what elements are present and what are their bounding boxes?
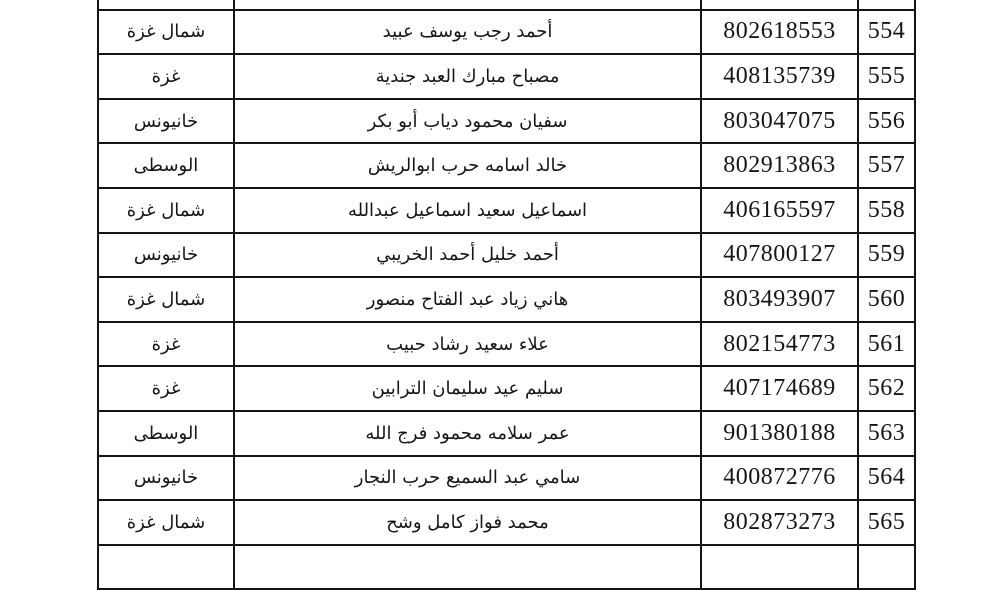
id-cell: 802618553 <box>701 10 858 55</box>
index-cell: 557 <box>858 143 915 188</box>
table-row: 565 802873273 محمد فواز كامل وشح شمال غز… <box>98 500 915 545</box>
index-cell-empty <box>858 0 915 10</box>
table-row: 558 406165597 اسماعيل سعيد اسماعيل عبدال… <box>98 188 915 233</box>
region-cell: شمال غزة <box>98 10 234 55</box>
index-cell: 565 <box>858 500 915 545</box>
id-cell: 407800127 <box>701 233 858 278</box>
index-cell: 556 <box>858 99 915 144</box>
name-cell: هاني زياد عبد الفتاح منصور <box>234 277 701 322</box>
id-cell: 901380188 <box>701 411 858 456</box>
region-cell-empty <box>98 545 234 550</box>
table-row: 555 408135739 مصباح مبارك العبد جندية غز… <box>98 54 915 99</box>
id-cell: 406165597 <box>701 188 858 233</box>
name-cell: سامي عبد السميع حرب النجار <box>234 456 701 501</box>
index-cell: 564 <box>858 456 915 501</box>
id-cell: 803493907 <box>701 277 858 322</box>
region-cell: الوسطى <box>98 411 234 456</box>
table-row: 564 400872776 سامي عبد السميع حرب النجار… <box>98 456 915 501</box>
index-cell: 558 <box>858 188 915 233</box>
table-body: 554 802618553 أحمد رجب يوسف عبيد شمال غز… <box>98 0 915 550</box>
index-cell: 561 <box>858 322 915 367</box>
partial-row-bottom <box>98 545 915 550</box>
region-cell: شمال غزة <box>98 277 234 322</box>
name-cell-empty <box>234 545 701 550</box>
name-cell: علاء سعيد رشاد حبيب <box>234 322 701 367</box>
id-cell: 802154773 <box>701 322 858 367</box>
region-cell: خانيونس <box>98 456 234 501</box>
table-row: 560 803493907 هاني زياد عبد الفتاح منصور… <box>98 277 915 322</box>
id-cell: 803047075 <box>701 99 858 144</box>
table-row: 559 407800127 أحمد خليل أحمد الخريبي خان… <box>98 233 915 278</box>
name-cell: عمر سلامه محمود فرج الله <box>234 411 701 456</box>
region-cell: خانيونس <box>98 233 234 278</box>
partial-row-top <box>98 0 915 10</box>
name-cell-empty <box>234 0 701 10</box>
name-cell: خالد اسامه حرب ابوالريش <box>234 143 701 188</box>
document-page: 554 802618553 أحمد رجب يوسف عبيد شمال غز… <box>0 0 1000 550</box>
index-cell: 562 <box>858 366 915 411</box>
index-cell: 554 <box>858 10 915 55</box>
id-cell: 407174689 <box>701 366 858 411</box>
table-row: 556 803047075 سفيان محمود دياب أبو بكر خ… <box>98 99 915 144</box>
name-cell: أحمد رجب يوسف عبيد <box>234 10 701 55</box>
index-cell-empty <box>858 545 915 550</box>
region-cell: غزة <box>98 54 234 99</box>
table-row: 554 802618553 أحمد رجب يوسف عبيد شمال غز… <box>98 10 915 55</box>
name-cell: سليم عيد سليمان الترابين <box>234 366 701 411</box>
roster-table: 554 802618553 أحمد رجب يوسف عبيد شمال غز… <box>97 0 916 550</box>
id-cell-empty <box>701 545 858 550</box>
table-row: 561 802154773 علاء سعيد رشاد حبيب غزة <box>98 322 915 367</box>
region-cell: الوسطى <box>98 143 234 188</box>
region-cell: شمال غزة <box>98 500 234 545</box>
name-cell: مصباح مبارك العبد جندية <box>234 54 701 99</box>
index-cell: 555 <box>858 54 915 99</box>
index-cell: 559 <box>858 233 915 278</box>
id-cell: 802913863 <box>701 143 858 188</box>
region-cell: خانيونس <box>98 99 234 144</box>
table-row: 562 407174689 سليم عيد سليمان الترابين غ… <box>98 366 915 411</box>
id-cell-empty <box>701 0 858 10</box>
index-cell: 560 <box>858 277 915 322</box>
id-cell: 400872776 <box>701 456 858 501</box>
region-cell-empty <box>98 0 234 10</box>
id-cell: 802873273 <box>701 500 858 545</box>
id-cell: 408135739 <box>701 54 858 99</box>
name-cell: أحمد خليل أحمد الخريبي <box>234 233 701 278</box>
region-cell: غزة <box>98 322 234 367</box>
region-cell: غزة <box>98 366 234 411</box>
table-row: 557 802913863 خالد اسامه حرب ابوالريش ال… <box>98 143 915 188</box>
name-cell: محمد فواز كامل وشح <box>234 500 701 545</box>
region-cell: شمال غزة <box>98 188 234 233</box>
name-cell: سفيان محمود دياب أبو بكر <box>234 99 701 144</box>
index-cell: 563 <box>858 411 915 456</box>
table-row: 563 901380188 عمر سلامه محمود فرج الله ا… <box>98 411 915 456</box>
name-cell: اسماعيل سعيد اسماعيل عبدالله <box>234 188 701 233</box>
